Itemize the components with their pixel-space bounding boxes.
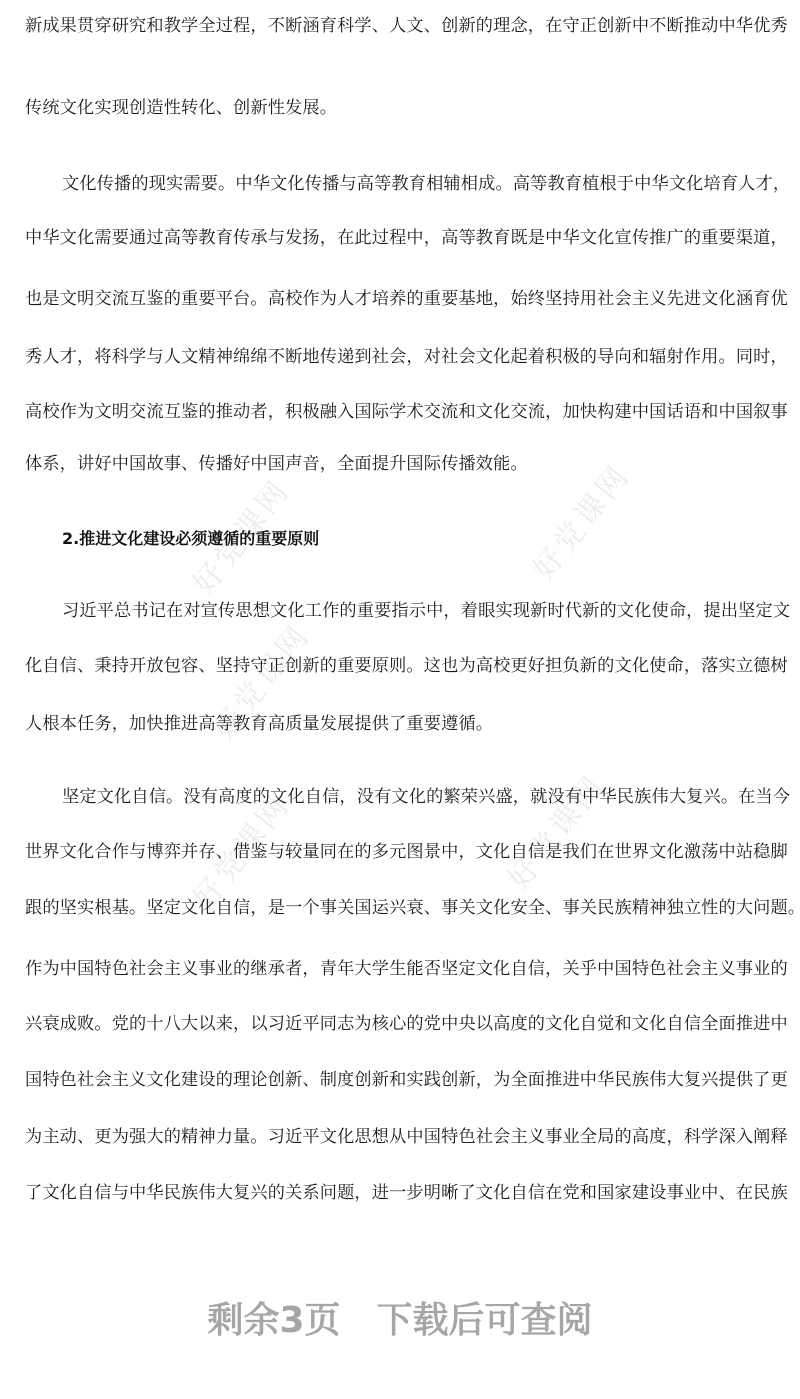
text-line: 也是文明交流互鉴的重要平台。高校作为人才培养的重要基地，始终坚持用社会主义先进文… [25,287,785,311]
text-line: 体系，讲好中国故事、传播好中国声音，全面提升国际传播效能。 [25,452,785,476]
text-line: 作为中国特色社会主义事业的继承者，青年大学生能否坚定文化自信，关乎中国特色社会主… [25,957,785,981]
text-line: 文化传播的现实需要。中华文化传播与高等教育相辅相成。高等教育植根于中华文化培育人… [62,172,785,196]
text-line: 中华文化需要通过高等教育传承与发扬，在此过程中，高等教育既是中华文化宣传推广的重… [25,226,785,250]
section-heading: 2.推进文化建设必须遵循的重要原则 [62,527,319,551]
text-line: 坚定文化自信。没有高度的文化自信，没有文化的繁荣兴盛，就没有中华民族伟大复兴。在… [62,785,785,809]
text-line: 秀人才，将科学与人文精神绵绵不断地传递到社会，对社会文化起着积极的导向和辐射作用… [25,345,785,369]
text-line: 兴衰成败。党的十八大以来，以习近平同志为核心的党中央以高度的文化自觉和文化自信全… [25,1012,785,1036]
text-line: 为主动、更为强大的精神力量。习近平文化思想从中国特色社会主义事业全局的高度，科学… [25,1125,785,1149]
text-line: 传统文化实现创造性转化、创新性发展。 [25,96,785,120]
download-to-read-more-button[interactable]: 剩余3页 下载后可查阅 [0,1297,800,1345]
text-line: 新成果贯穿研究和教学全过程，不断涵育科学、人文、创新的理念，在守正创新中不断推动… [25,14,785,38]
document-page: 好党课网 好党课网 好党课网 好党课网 好党课网 新成果贯穿研究和教学全过程，不… [0,0,800,1399]
text-line: 习近平总书记在对宣传思想文化工作的重要指示中，着眼实现新时代新的文化使命，提出坚… [62,599,785,623]
text-line: 化自信、秉持开放包容、坚持守正创新的重要原则。这也为高校更好担负新的文化使命，落… [25,654,785,678]
text-line: 人根本任务，加快推进高等教育高质量发展提供了重要遵循。 [25,712,785,736]
text-line: 世界文化合作与博弈并存、借鉴与较量同在的多元图景中，文化自信是我们在世界文化激荡… [25,840,785,864]
document-body: 新成果贯穿研究和教学全过程，不断涵育科学、人文、创新的理念，在守正创新中不断推动… [0,0,800,1399]
text-line: 了文化自信与中华民族伟大复兴的关系问题，进一步明晰了文化自信在党和国家建设事业中… [25,1181,785,1205]
text-line: 跟的坚实根基。坚定文化自信，是一个事关国运兴衰、事关文化安全、事关民族精神独立性… [25,896,785,920]
text-line: 国特色社会主义文化建设的理论创新、制度创新和实践创新，为全面推进中华民族伟大复兴… [25,1068,785,1092]
text-line: 高校作为文明交流互鉴的推动者，积极融入国际学术交流和文化交流，加快构建中国话语和… [25,400,785,424]
